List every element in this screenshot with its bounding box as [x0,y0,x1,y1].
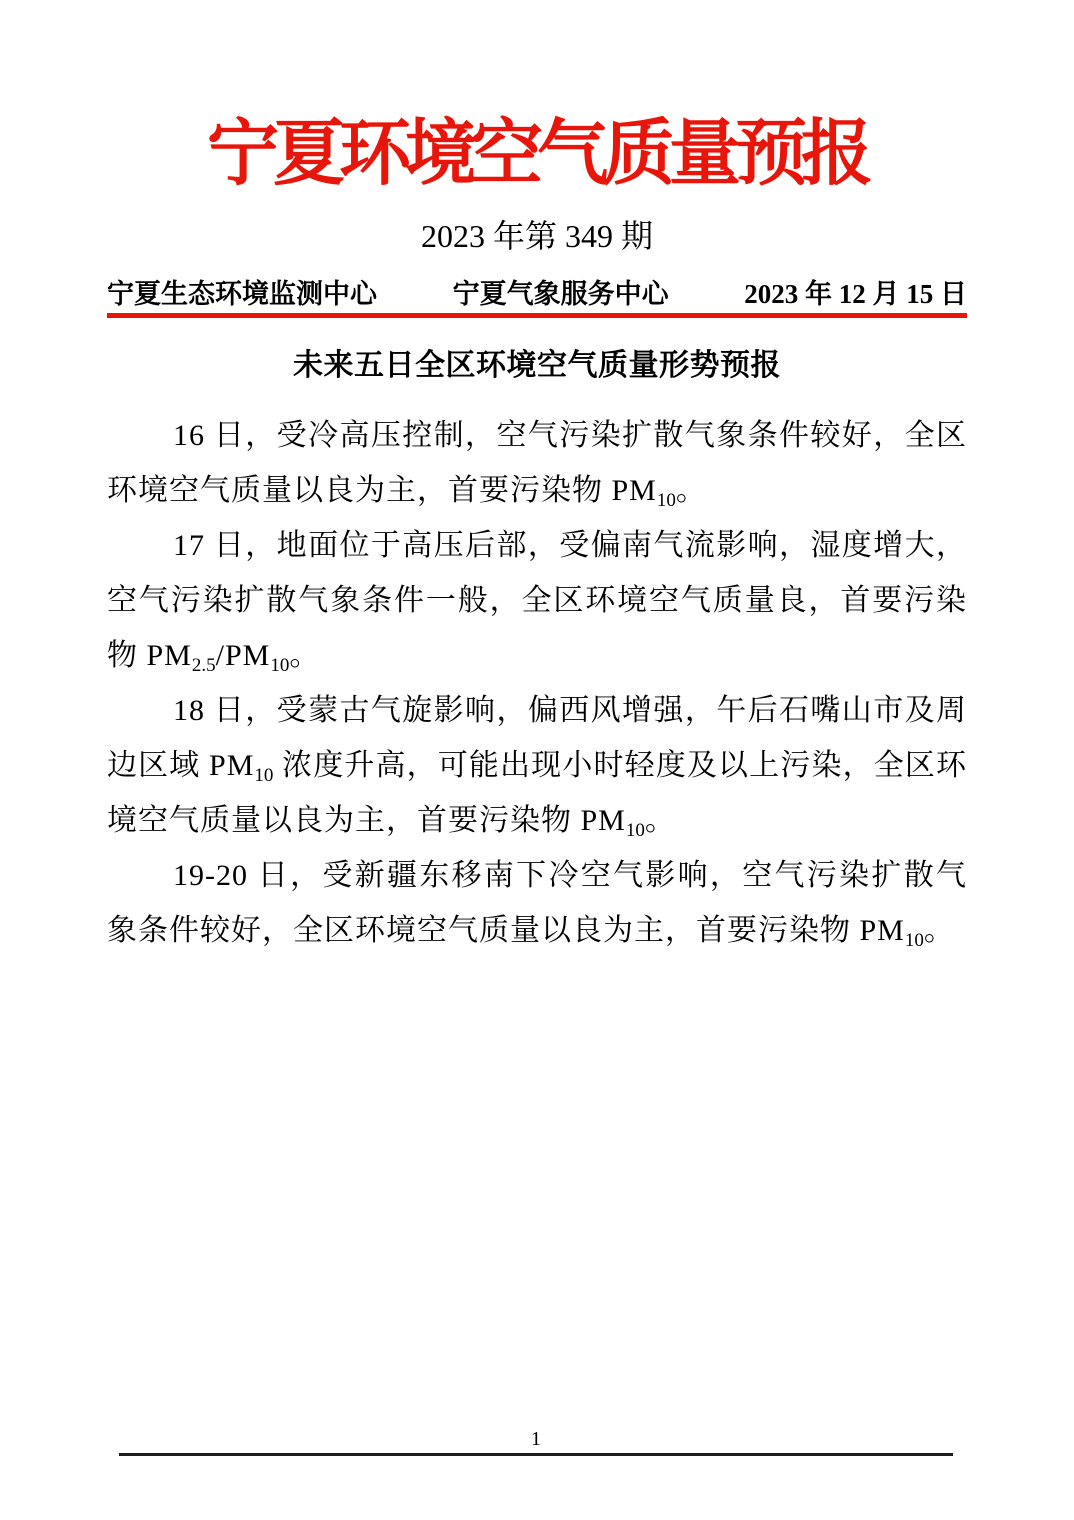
paragraph-text: 。 [676,474,707,507]
pollutant-subscript: 10 [254,765,273,786]
page-number: 1 [531,1428,541,1450]
paragraph-text: 。 [645,804,676,837]
paragraph-text: 19-20 日，受新疆东移南下冷空气影响，空气污染扩散气象条件较好，全区环境空气… [107,859,967,947]
forecast-paragraphs: 16 日，受冷高压控制，空气污染扩散气象条件较好，全区环境空气质量以良为主，首要… [107,408,967,958]
document-title: 宁夏环境空气质量预报 [107,112,967,196]
pollutant-subscript: 10 [626,820,645,841]
paragraph: 19-20 日，受新疆东移南下冷空气影响，空气污染扩散气象条件较好，全区环境空气… [107,848,967,958]
pollutant-subscript: 10 [657,490,676,511]
document-content: 宁夏环境空气质量预报 2023 年第 349 期 宁夏生态环境监测中心 宁夏气象… [107,112,967,958]
paragraph: 18 日，受蒙古气旋影响，偏西风增强，午后石嘴山市及周边区域 PM10 浓度升高… [107,683,967,848]
paragraph-text: /PM [216,639,271,672]
pollutant-subscript: 10 [905,930,924,951]
issue-number: 2023 年第 349 期 [107,216,967,256]
paragraph-text: 16 日，受冷高压控制，空气污染扩散气象条件较好，全区环境空气质量以良为主，首要… [107,419,967,507]
red-divider-rule [107,313,967,318]
org-meteorological-center: 宁夏气象服务中心 [453,278,669,310]
org-monitoring-center: 宁夏生态环境监测中心 [107,278,377,310]
section-title: 未来五日全区环境空气质量形势预报 [107,348,967,384]
paragraph: 16 日，受冷高压控制，空气污染扩散气象条件较好，全区环境空气质量以良为主，首要… [107,408,967,518]
header-row: 宁夏生态环境监测中心 宁夏气象服务中心 2023 年 12 月 15 日 [107,278,967,310]
document-page: 宁夏环境空气质量预报 2023 年第 349 期 宁夏生态环境监测中心 宁夏气象… [0,0,1074,1520]
page-footer: 1 [119,1428,953,1456]
paragraph: 17 日，地面位于高压后部，受偏南气流影响，湿度增大，空气污染扩散气象条件一般，… [107,518,967,683]
issue-date: 2023 年 12 月 15 日 [744,278,967,310]
paragraph-text: 。 [289,639,320,672]
pollutant-subscript: 2.5 [192,655,216,676]
paragraph-text: 。 [924,914,955,947]
pollutant-subscript: 10 [270,655,289,676]
